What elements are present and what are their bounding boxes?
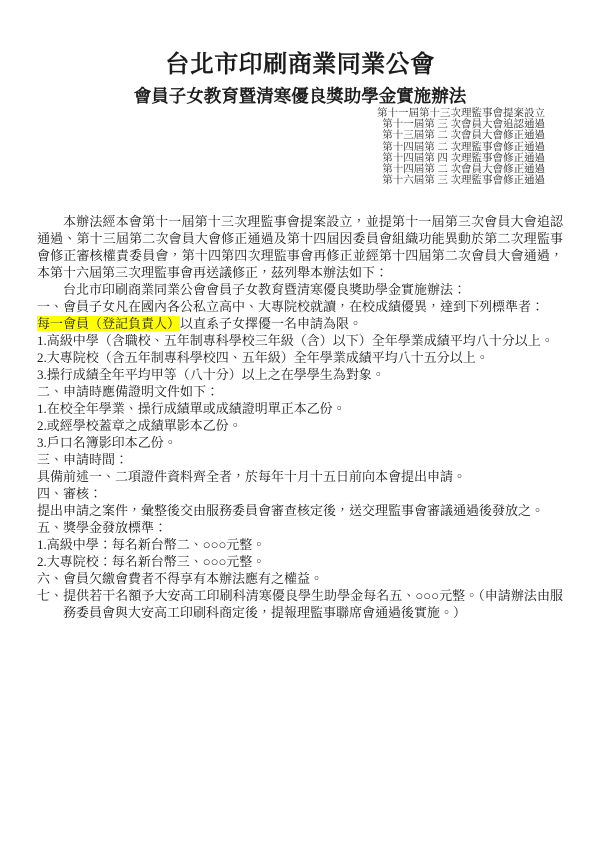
article-5: 五、獎學金發放標準： — [37, 519, 563, 536]
article-5-subitem-1: 1.高級中學：每名新台幣二、○○○元整。 — [37, 536, 563, 553]
article-7-marker: 七、 — [37, 588, 63, 603]
article-3-body: 具備前述一、二項證件資料齊全者，於每年十月十五日前向本會提出申請。 — [37, 468, 563, 485]
article-2-text: 申請時應備證明文件如下： — [63, 384, 219, 399]
revision-line: 第十一屆第十三次理監事會提案設立 — [37, 108, 545, 119]
article-1: 一、會員子女凡在國內各公私立高中、大專院校就讀，在校成績優異，達到下列標準者： — [37, 298, 563, 315]
article-1-subitem-2: 2.大專院校（含五年制專科學校四、五年級）全年學業成績平均八十五分以上。 — [37, 349, 563, 366]
article-1-limit-line: 每一會員（登記負責人）以直系子女擇優一名申請為限。 — [37, 315, 563, 332]
article-1-marker: 一、 — [37, 299, 63, 314]
document-body: 本辦法經本會第十一屆第十三次理監事會提案設立，並提第十一屆第三次會員大會追認通過… — [37, 213, 563, 621]
document-page: 台北市印刷商業同業公會 會員子女教育暨清寒優良獎助學金實施辦法 第十一屆第十三次… — [0, 0, 600, 848]
intro-paragraph: 本辦法經本會第十一屆第十三次理監事會提案設立，並提第十一屆第三次會員大會追認通過… — [37, 213, 563, 281]
article-3: 三、申請時間： — [37, 451, 563, 468]
article-6-marker: 六、 — [37, 571, 63, 586]
revision-line: 第十六屆第 三 次理監事會修正通過 — [37, 175, 545, 186]
law-title-line: 台北市印刷商業同業公會會員子女教育暨清寒優良獎助學金實施辦法： — [37, 281, 563, 298]
article-2-marker: 二、 — [37, 384, 63, 399]
revision-line: 第十四屆第 二 次會員大會修正通過 — [37, 164, 545, 175]
article-1-subitem-1: 1.高級中學（含職校、五年制專科學校三年級（含）以下）全年學業成績平均八十分以上… — [37, 332, 563, 349]
revision-line: 第十一屆第 三 次會員大會追認通過 — [37, 119, 545, 130]
article-2-subitem-2: 2.或經學校蓋章之成績單影本乙份。 — [37, 417, 563, 434]
article-6-text: 會員欠繳會費者不得享有本辦法應有之權益。 — [63, 571, 323, 586]
article-5-marker: 五、 — [37, 520, 63, 535]
article-5-text: 獎學金發放標準： — [63, 520, 167, 535]
revision-line: 第十三屆第 二 次會員大會修正通過 — [37, 130, 545, 141]
article-2-subitem-1: 1.在校全年學業、操行成績單或成績證明單正本乙份。 — [37, 400, 563, 417]
article-4: 四、審核： — [37, 485, 563, 502]
article-5-subitem-2: 2.大專院校：每名新台幣三、○○○元整。 — [37, 553, 563, 570]
article-4-marker: 四、 — [37, 486, 63, 501]
article-3-text: 申請時間： — [63, 452, 128, 467]
highlighted-text: 每一會員（登記負責人） — [37, 316, 180, 331]
article-2-subitem-3: 3.戶口名簿影印本乙份。 — [37, 434, 563, 451]
revision-line: 第十四屆第 二 次理監事會修正通過 — [37, 142, 545, 153]
article-7-text: 提供若干名額予大安高工印刷科清寒優良學生助學金每名五、○○○元整。（申請辦法由服… — [63, 588, 563, 620]
revision-line: 第十四屆第 四 次理監事會修正通過 — [37, 153, 545, 164]
article-1-text: 會員子女凡在國內各公私立高中、大專院校就讀，在校成績優異，達到下列標準者： — [63, 299, 544, 314]
article-2: 二、申請時應備證明文件如下： — [37, 383, 563, 400]
article-3-marker: 三、 — [37, 452, 63, 467]
page-subtitle: 會員子女教育暨清寒優良獎助學金實施辦法 — [37, 85, 563, 107]
page-title: 台北市印刷商業同業公會 — [37, 50, 563, 80]
article-7: 七、提供若干名額予大安高工印刷科清寒優良學生助學金每名五、○○○元整。（申請辦法… — [37, 587, 563, 621]
article-1-after-highlight: 以直系子女擇優一名申請為限。 — [180, 316, 362, 331]
article-6: 六、會員欠繳會費者不得享有本辦法應有之權益。 — [37, 570, 563, 587]
article-4-body: 提出申請之案件，彙整後交由服務委員會審查核定後，送交理監事會審議通過後發放之。 — [37, 502, 563, 519]
article-1-subitem-3: 3.操行成績全年平均甲等（八十分）以上之在學學生為對象。 — [37, 366, 563, 383]
revision-history: 第十一屆第十三次理監事會提案設立 第十一屆第 三 次會員大會追認通過 第十三屆第… — [37, 108, 563, 186]
article-4-text: 審核： — [63, 486, 102, 501]
